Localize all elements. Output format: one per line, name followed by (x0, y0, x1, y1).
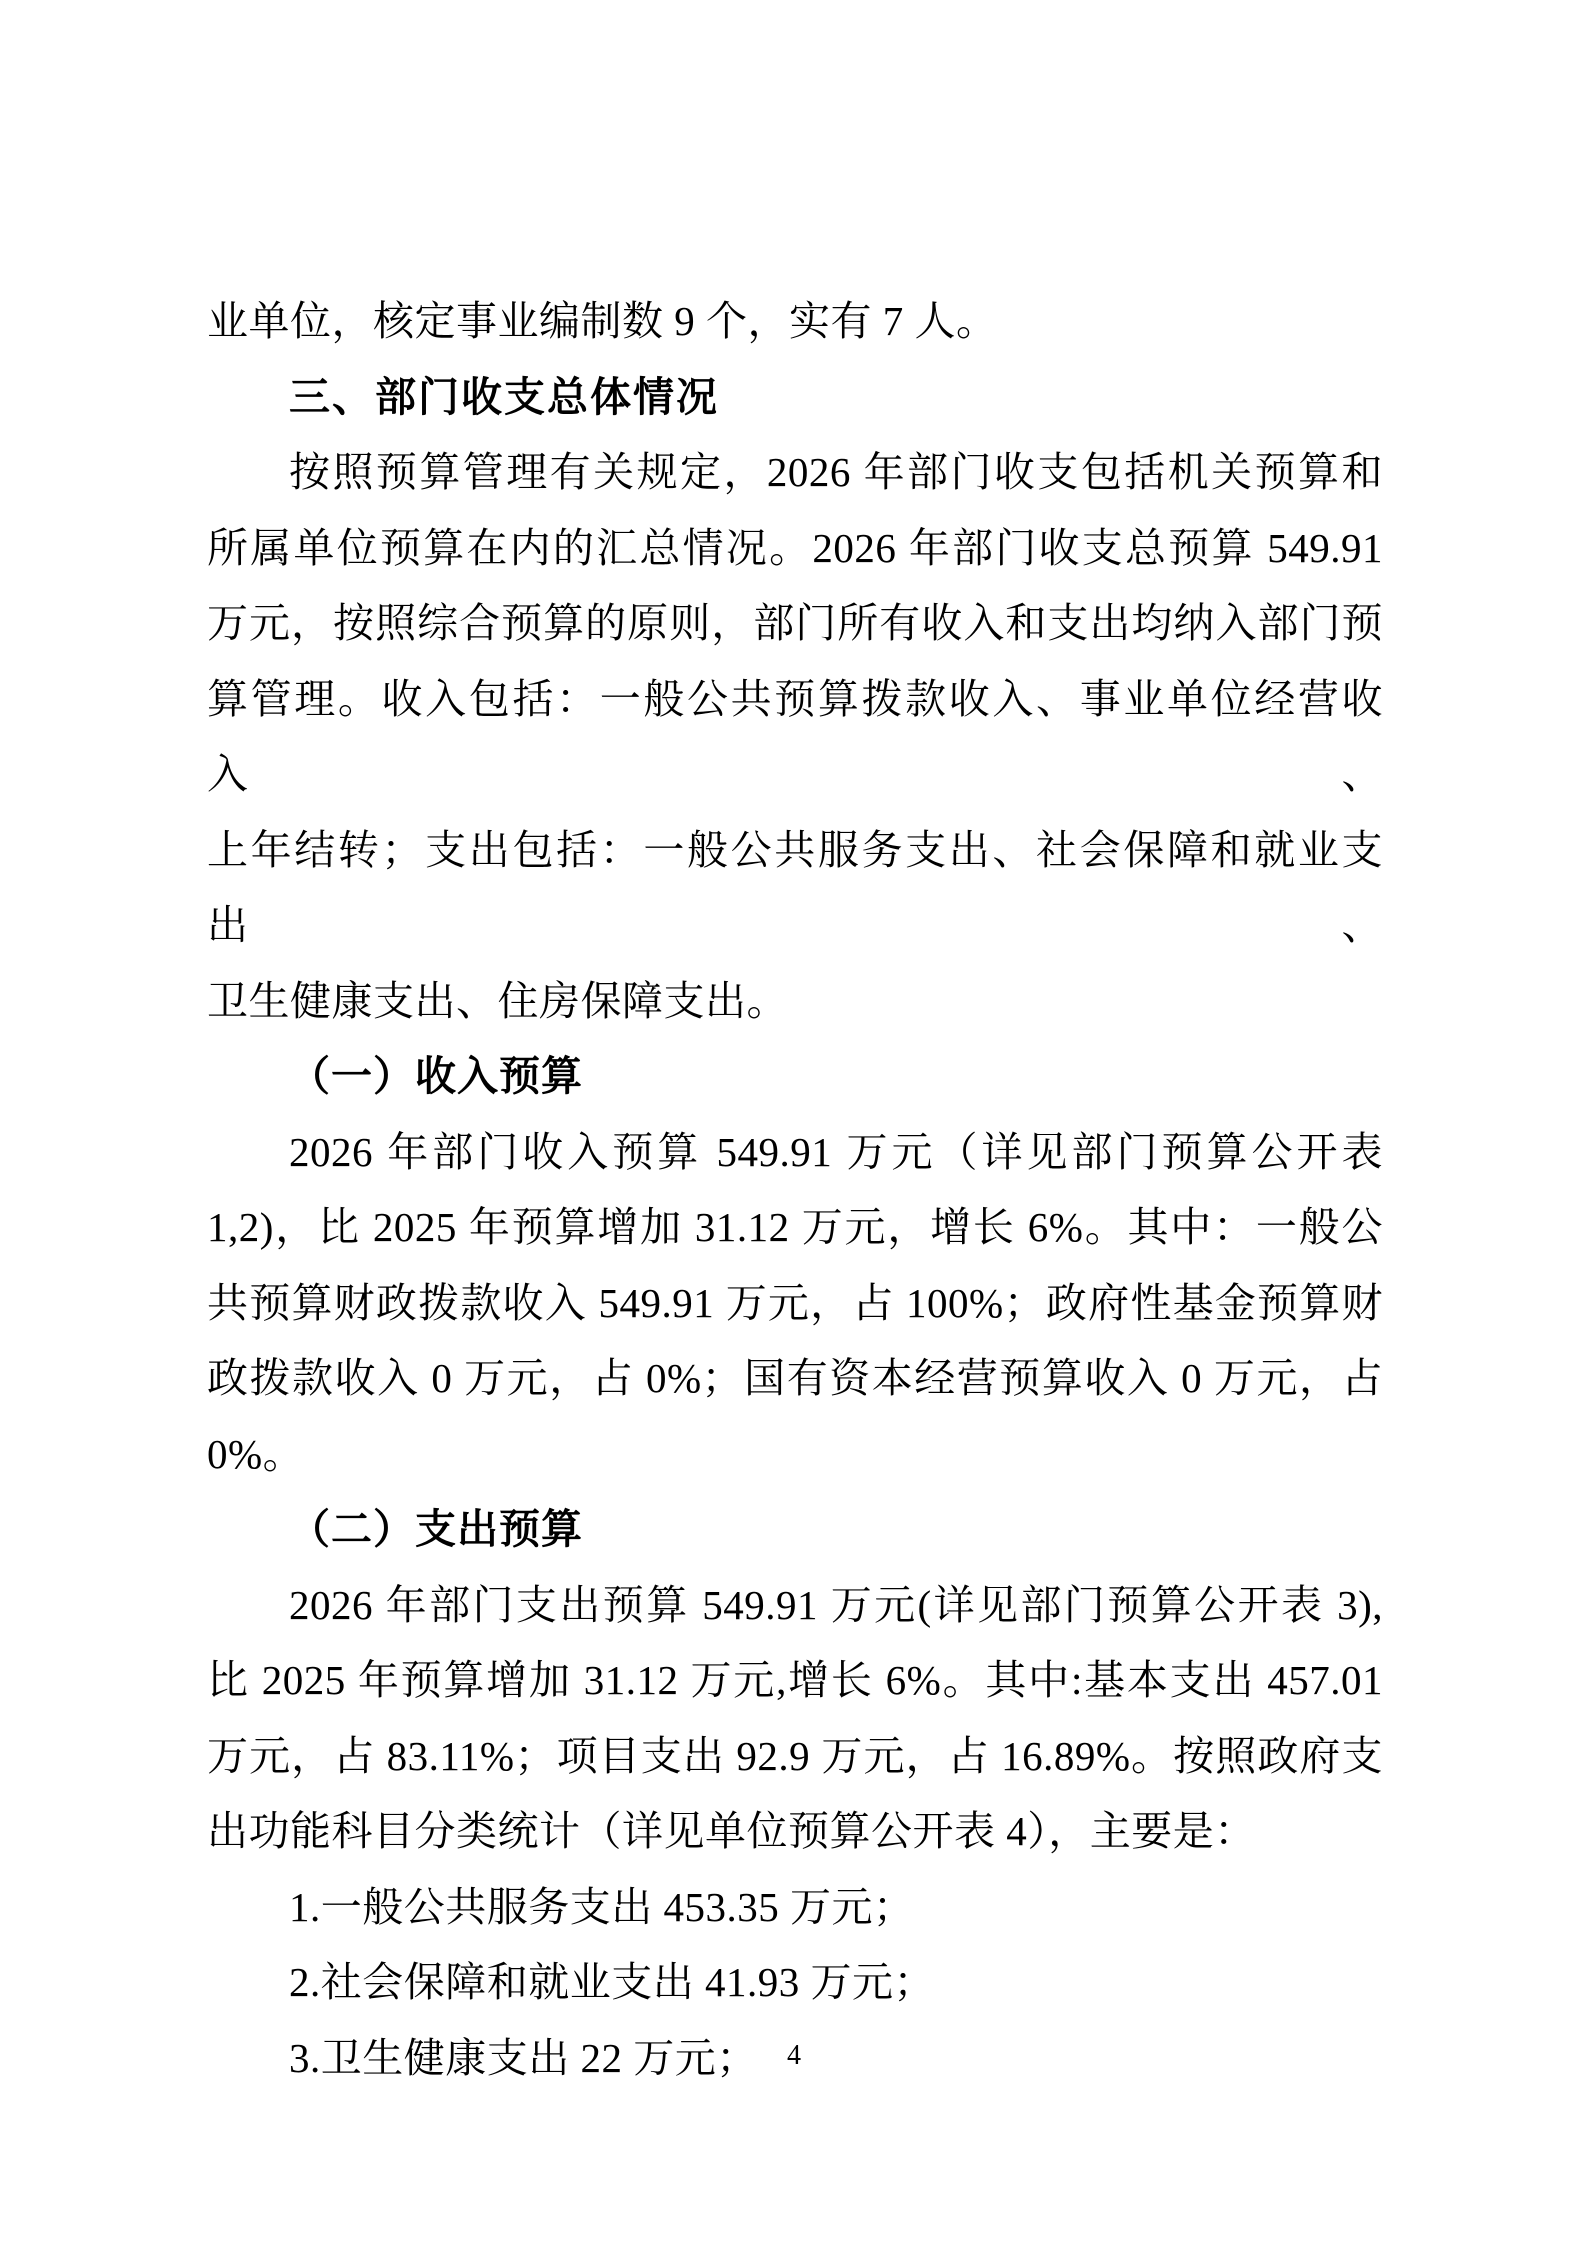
text-line-staffing-continuation: 业单位，核定事业编制数 9 个，实有 7 人。 (207, 284, 1383, 360)
text-line: 所属单位预算在内的汇总情况。2026 年部门收支总预算 549.91 (207, 511, 1383, 587)
section-heading-budget-overview: 三、部门收支总体情况 (207, 360, 1383, 436)
page-number: 4 (787, 2040, 801, 2071)
text-line: 2026 年部门支出预算 549.91 万元(详见部门预算公开表 3), (207, 1568, 1383, 1644)
text-line: 1,2)，比 2025 年预算增加 31.12 万元，增长 6%。其中：一般公 (207, 1190, 1383, 1266)
text-line-paragraph-end: 出功能科目分类统计（详见单位预算公开表 4），主要是： (207, 1794, 1383, 1870)
list-item-general-public-services: 1.一般公共服务支出 453.35 万元； (207, 1870, 1383, 1946)
text-line: 比 2025 年预算增加 31.12 万元,增长 6%。其中:基本支出 457.… (207, 1643, 1383, 1719)
list-item-social-security-employment: 2.社会保障和就业支出 41.93 万元； (207, 1945, 1383, 2021)
subsection-heading-expenditure-budget: （二）支出预算 (207, 1492, 1383, 1568)
text-line: 共预算财政拨款收入 549.91 万元，占 100%；政府性基金预算财 (207, 1266, 1383, 1342)
text-line: 上年结转；支出包括：一般公共服务支出、社会保障和就业支出、 (207, 813, 1383, 964)
text-line: 政拨款收入 0 万元，占 0%；国有资本经营预算收入 0 万元，占 (207, 1341, 1383, 1417)
text-line: 2026 年部门收入预算 549.91 万元（详见部门预算公开表 (207, 1115, 1383, 1191)
text-line: 算管理。收入包括：一般公共预算拨款收入、事业单位经营收入、 (207, 662, 1383, 813)
text-line-paragraph-end: 卫生健康支出、住房保障支出。 (207, 964, 1383, 1040)
page-footer: 4 (0, 2040, 1588, 2072)
subsection-heading-revenue-budget: （一）收入预算 (207, 1039, 1383, 1115)
text-line: 万元，按照综合预算的原则，部门所有收入和支出均纳入部门预 (207, 586, 1383, 662)
text-line: 按照预算管理有关规定，2026 年部门收支包括机关预算和 (207, 435, 1383, 511)
document-page: 业单位，核定事业编制数 9 个，实有 7 人。 三、部门收支总体情况 按照预算管… (0, 0, 1588, 2245)
page-body-text: 业单位，核定事业编制数 9 个，实有 7 人。 三、部门收支总体情况 按照预算管… (207, 284, 1383, 2096)
text-line: 万元，占 83.11%；项目支出 92.9 万元，占 16.89%。按照政府支 (207, 1719, 1383, 1795)
text-line-paragraph-end: 0%。 (207, 1417, 1383, 1493)
